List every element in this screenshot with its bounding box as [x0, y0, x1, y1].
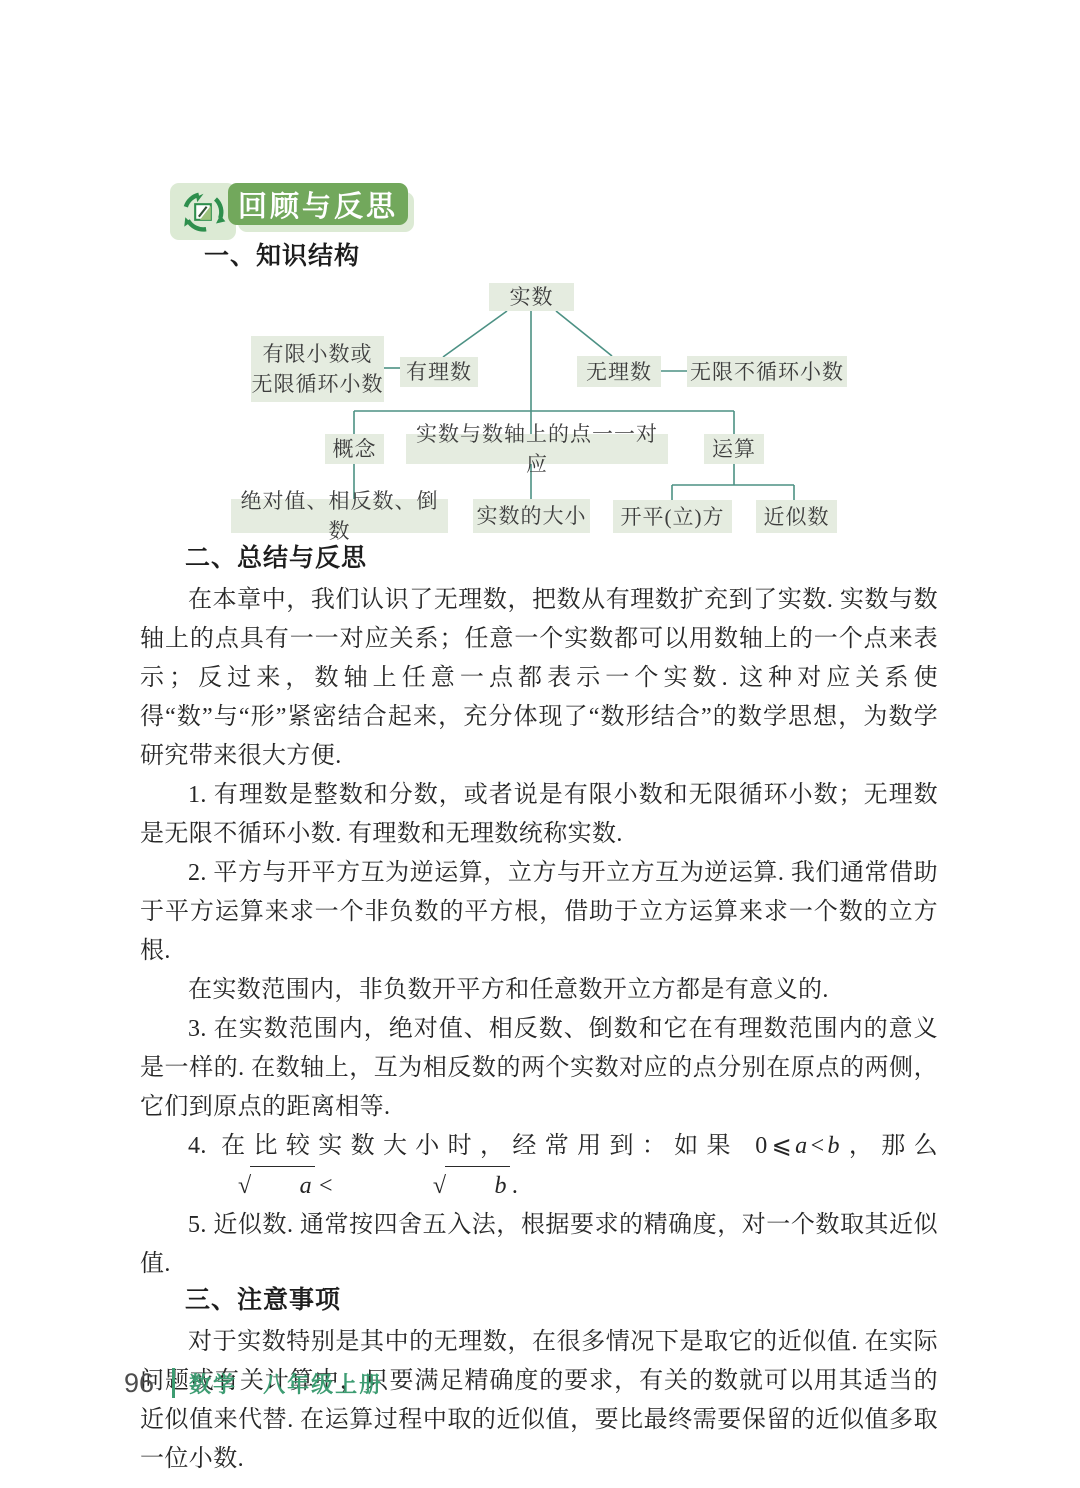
body-text: 二、总结与反思 在本章中，我们认识了无理数，把数从有理数扩充到了实数. 实数与数… [140, 542, 938, 1479]
knowledge-structure-diagram: 实数 有限小数或 无限循环小数 有理数 无理数 无限不循环小数 概念 实数与数轴… [0, 270, 1080, 550]
notes-body: 对于实数特别是其中的无理数，在很多情况下是取它的近似值. 在实际问题或有关计算中… [140, 1323, 938, 1479]
radical-sign: √ [190, 1167, 252, 1206]
footer-subject: 数学 [189, 1368, 237, 1399]
sqrt-a: √a [142, 1166, 315, 1206]
diagram-node-square-cube-roots: 开平(立)方 [613, 500, 732, 533]
math-lt-symbol-2: < [317, 1173, 335, 1199]
footer-volume: 八年级上册 [263, 1368, 383, 1399]
summary-intro: 在本章中，我们认识了无理数，把数从有理数扩充到了实数. 实数与数轴上的点具有一一… [140, 581, 938, 776]
diagram-node-real-numbers: 实数 [489, 283, 574, 311]
radicand-a: a [250, 1166, 315, 1206]
heading-knowledge-structure: 一、知识结构 [204, 236, 360, 272]
math-var-b: b [827, 1133, 841, 1159]
summary-item-2-note: 在实数范围内，非负数开平方和任意数开立方都是有意义的. [140, 971, 938, 1010]
badge-label: 回顾与反思 [238, 184, 398, 225]
textbook-page: 回顾与反思 一、知识结构 实数 有 [0, 0, 1080, 1488]
radicand-b: b [445, 1166, 510, 1206]
item4-then-text: ，那么 [841, 1133, 938, 1159]
diagram-node-finite-decimals: 有限小数或 无限循环小数 [251, 336, 384, 402]
item4-period: . [512, 1173, 518, 1199]
heading-notes: 三、注意事项 [140, 1284, 938, 1316]
page-number: 96 [124, 1368, 154, 1399]
item4-text: 4. 在比较实数大小时，经常用到：如果 [188, 1133, 753, 1159]
summary-item-5: 5. 近似数. 通常按四舍五入法，根据要求的精确度，对一个数取其近似值. [140, 1206, 938, 1284]
diagram-node-nonrepeating-decimals: 无限不循环小数 [687, 356, 847, 387]
math-zero: 0 [753, 1133, 769, 1159]
diagram-node-concepts: 概念 [325, 434, 384, 464]
section-badge: 回顾与反思 [228, 183, 408, 225]
math-leq-symbol: ⩽ [770, 1133, 795, 1159]
diagram-node-absolute-opposite-reciprocal: 绝对值、相反数、倒数 [231, 499, 448, 533]
review-icon-tile [170, 183, 236, 240]
math-var-a: a [794, 1133, 808, 1159]
diagram-node-operations: 运算 [704, 434, 764, 464]
sqrt-b: √b [337, 1166, 510, 1206]
radical-sign-2: √ [385, 1167, 447, 1206]
recycle-review-icon [178, 187, 228, 237]
diagram-node-approximate-numbers: 近似数 [756, 500, 837, 533]
math-lt-symbol: < [809, 1133, 827, 1159]
diagram-node-rational-numbers: 有理数 [400, 357, 478, 387]
summary-item-2: 2. 平方与开平方互为逆运算，立方与开立方互为逆运算. 我们通常借助于平方运算来… [140, 854, 938, 971]
footer-divider [172, 1368, 175, 1398]
page-footer: 96 数学 八年级上册 [124, 1366, 383, 1400]
diagram-node-number-line-correspondence: 实数与数轴上的点一一对应 [406, 434, 668, 464]
summary-item-4: 4. 在比较实数大小时，经常用到：如果 0⩽a<b，那么√a<√b. [140, 1127, 938, 1206]
diagram-node-size-of-reals: 实数的大小 [473, 499, 590, 533]
diagram-node-irrational-numbers: 无理数 [577, 356, 661, 387]
summary-item-3: 3. 在实数范围内，绝对值、相反数、倒数和它在有理数范围内的意义是一样的. 在数… [140, 1010, 938, 1127]
summary-item-1: 1. 有理数是整数和分数，或者说是有限小数和无限循环小数；无理数是无限不循环小数… [140, 776, 938, 854]
heading-summary-reflection: 二、总结与反思 [140, 542, 938, 574]
